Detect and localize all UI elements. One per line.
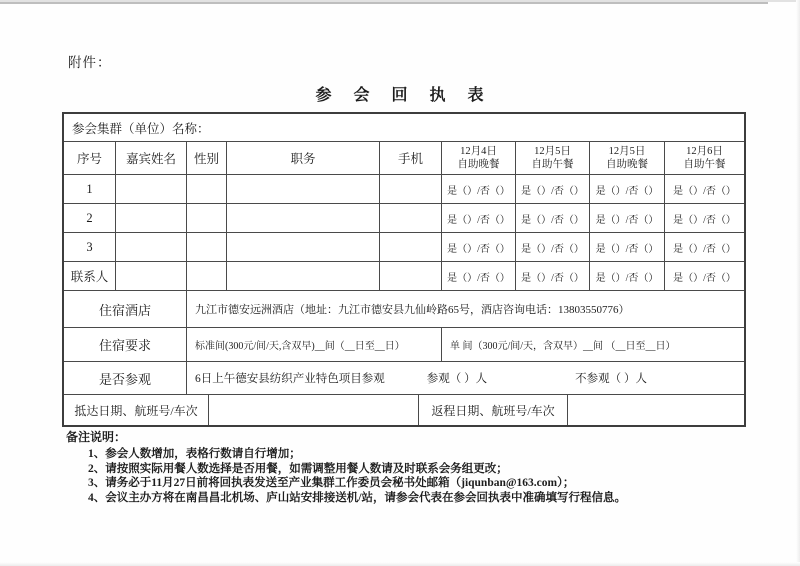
visit-row: 是否参观 6日上午德安县纺织产业特色项目参观 参观（ ）人 不参观（ ）人	[64, 362, 744, 395]
meal-type: 自助晚餐	[458, 158, 500, 171]
meal-choice-cell: 是（）/否（）	[516, 233, 590, 261]
arrival-label: 抵达日期、航班号/车次	[64, 395, 209, 425]
row-number: 1	[64, 175, 116, 203]
gender-cell	[187, 262, 227, 290]
guest-name-cell	[116, 233, 187, 261]
meal-choice-cell: 是（）/否（）	[516, 175, 590, 203]
attachment-label: 附件：	[68, 51, 112, 71]
meal-type: 自助晚餐	[606, 158, 648, 171]
mobile-cell	[380, 175, 442, 203]
meal-choice-cell: 是（）/否（）	[590, 204, 665, 232]
meal-choice-cell: 是（）/否（）	[442, 262, 516, 290]
meal-choice-cell: 是（）/否（）	[665, 204, 744, 232]
meal-choice-cell: 是（）/否（）	[442, 175, 516, 203]
group-name-cell: 参会集群（单位）名称：	[64, 114, 744, 141]
visit-options: 6日上午德安县纺织产业特色项目参观 参观（ ）人 不参观（ ）人	[187, 362, 744, 394]
col-header-gender: 性别	[187, 142, 227, 174]
visit-description: 6日上午德安县纺织产业特色项目参观	[195, 370, 385, 386]
scan-edge-top	[0, 2, 768, 4]
note-item-1: 1、参会人数增加，表格行数请自行增加；	[88, 447, 756, 462]
reply-form-table: 参会集群（单位）名称： 序号 嘉宾姓名 性别 职务 手机 12月4日 自助晚餐 …	[62, 112, 746, 427]
row-number: 3	[64, 233, 116, 261]
mobile-cell	[380, 262, 442, 290]
meal-date: 12月6日	[686, 145, 723, 158]
scan-edge-bottom	[0, 562, 800, 566]
meal-date: 12月5日	[609, 145, 646, 158]
visit-count: 参观（ ）人	[427, 370, 487, 386]
row-number: 2	[64, 204, 116, 232]
col-header-number: 序号	[64, 142, 116, 174]
note-item-4: 4、会议主办方将在南昌昌北机场、庐山站安排接送机/站，请参会代表在参会回执表中准…	[88, 491, 756, 506]
guest-name-cell	[116, 175, 187, 203]
lodging-single-room: 单 间（300元/间/天，含双早）__间 （__日至__日）	[442, 328, 744, 361]
return-value-cell	[568, 395, 744, 425]
header-row: 序号 嘉宾姓名 性别 职务 手机 12月4日 自助晚餐 12月5日 自助午餐 1…	[64, 142, 744, 175]
scan-edge-right	[796, 0, 800, 566]
position-cell	[227, 233, 380, 261]
meal-choice-cell: 是（）/否（）	[665, 233, 744, 261]
meal-date: 12月5日	[534, 145, 571, 158]
guest-row-1: 1 是（）/否（） 是（）/否（） 是（）/否（） 是（）/否（）	[64, 175, 744, 204]
meal-choice-cell: 是（）/否（）	[590, 175, 665, 203]
arrival-value-cell	[209, 395, 419, 425]
hotel-value: 九江市德安远洲酒店（地址：九江市德安县九仙岭路65号，酒店咨询电话：138035…	[187, 291, 744, 327]
meal-choice-cell: 是（）/否（）	[442, 233, 516, 261]
lodging-standard-room: 标准间(300元/间/天,含双早)__间（__日至__日）	[187, 328, 442, 361]
return-label: 返程日期、航班号/车次	[419, 395, 568, 425]
notes-section: 备注说明： 1、参会人数增加，表格行数请自行增加； 2、请按照实际用餐人数选择是…	[66, 428, 756, 505]
note-item-2: 2、请按照实际用餐人数选择是否用餐，如需调整用餐人数请及时联系会务组更改；	[88, 462, 756, 477]
position-cell	[227, 175, 380, 203]
gender-cell	[187, 233, 227, 261]
meal-choice-cell: 是（）/否（）	[590, 262, 665, 290]
col-header-meal-dec5-dinner: 12月5日 自助晚餐	[590, 142, 665, 174]
visit-label: 是否参观	[64, 362, 187, 394]
gender-cell	[187, 175, 227, 203]
position-cell	[227, 262, 380, 290]
travel-row: 抵达日期、航班号/车次 返程日期、航班号/车次	[64, 395, 744, 425]
contact-person-row: 联系人 是（）/否（） 是（）/否（） 是（）/否（） 是（）/否（）	[64, 262, 744, 291]
meal-choice-cell: 是（）/否（）	[516, 262, 590, 290]
col-header-meal-dec6-lunch: 12月6日 自助午餐	[665, 142, 744, 174]
guest-row-2: 2 是（）/否（） 是（）/否（） 是（）/否（） 是（）/否（）	[64, 204, 744, 233]
meal-choice-cell: 是（）/否（）	[442, 204, 516, 232]
form-title: 参 会 回 执 表	[62, 82, 746, 105]
col-header-position: 职务	[227, 142, 380, 174]
mobile-cell	[380, 204, 442, 232]
meal-type: 自助午餐	[532, 158, 574, 171]
guest-row-3: 3 是（）/否（） 是（）/否（） 是（）/否（） 是（）/否（）	[64, 233, 744, 262]
notes-title: 备注说明：	[66, 428, 756, 445]
gender-cell	[187, 204, 227, 232]
col-header-guest-name: 嘉宾姓名	[116, 142, 187, 174]
meal-choice-cell: 是（）/否（）	[665, 175, 744, 203]
hotel-label: 住宿酒店	[64, 291, 187, 327]
guest-name-cell	[116, 262, 187, 290]
mobile-cell	[380, 233, 442, 261]
row-label-contact: 联系人	[64, 262, 116, 290]
meal-choice-cell: 是（）/否（）	[590, 233, 665, 261]
meal-choice-cell: 是（）/否（）	[665, 262, 744, 290]
no-visit-count: 不参观（ ）人	[575, 370, 647, 386]
scanned-page: 附件： 参 会 回 执 表 参会集群（单位）名称： 序号 嘉宾姓名 性别 职务 …	[0, 0, 800, 566]
col-header-mobile: 手机	[380, 142, 442, 174]
lodging-label: 住宿要求	[64, 328, 187, 361]
note-item-3: 3、请务必于11月27日前将回执表发送至产业集群工作委员会秘书处邮箱（jiqun…	[88, 476, 756, 491]
col-header-meal-dec5-lunch: 12月5日 自助午餐	[516, 142, 590, 174]
guest-name-cell	[116, 204, 187, 232]
lodging-requirement-row: 住宿要求 标准间(300元/间/天,含双早)__间（__日至__日） 单 间（3…	[64, 328, 744, 362]
meal-type: 自助午餐	[684, 158, 726, 171]
col-header-meal-dec4-dinner: 12月4日 自助晚餐	[442, 142, 516, 174]
group-name-row: 参会集群（单位）名称：	[64, 114, 744, 142]
meal-date: 12月4日	[460, 145, 497, 158]
position-cell	[227, 204, 380, 232]
meal-choice-cell: 是（）/否（）	[516, 204, 590, 232]
hotel-row: 住宿酒店 九江市德安远洲酒店（地址：九江市德安县九仙岭路65号，酒店咨询电话：1…	[64, 291, 744, 328]
